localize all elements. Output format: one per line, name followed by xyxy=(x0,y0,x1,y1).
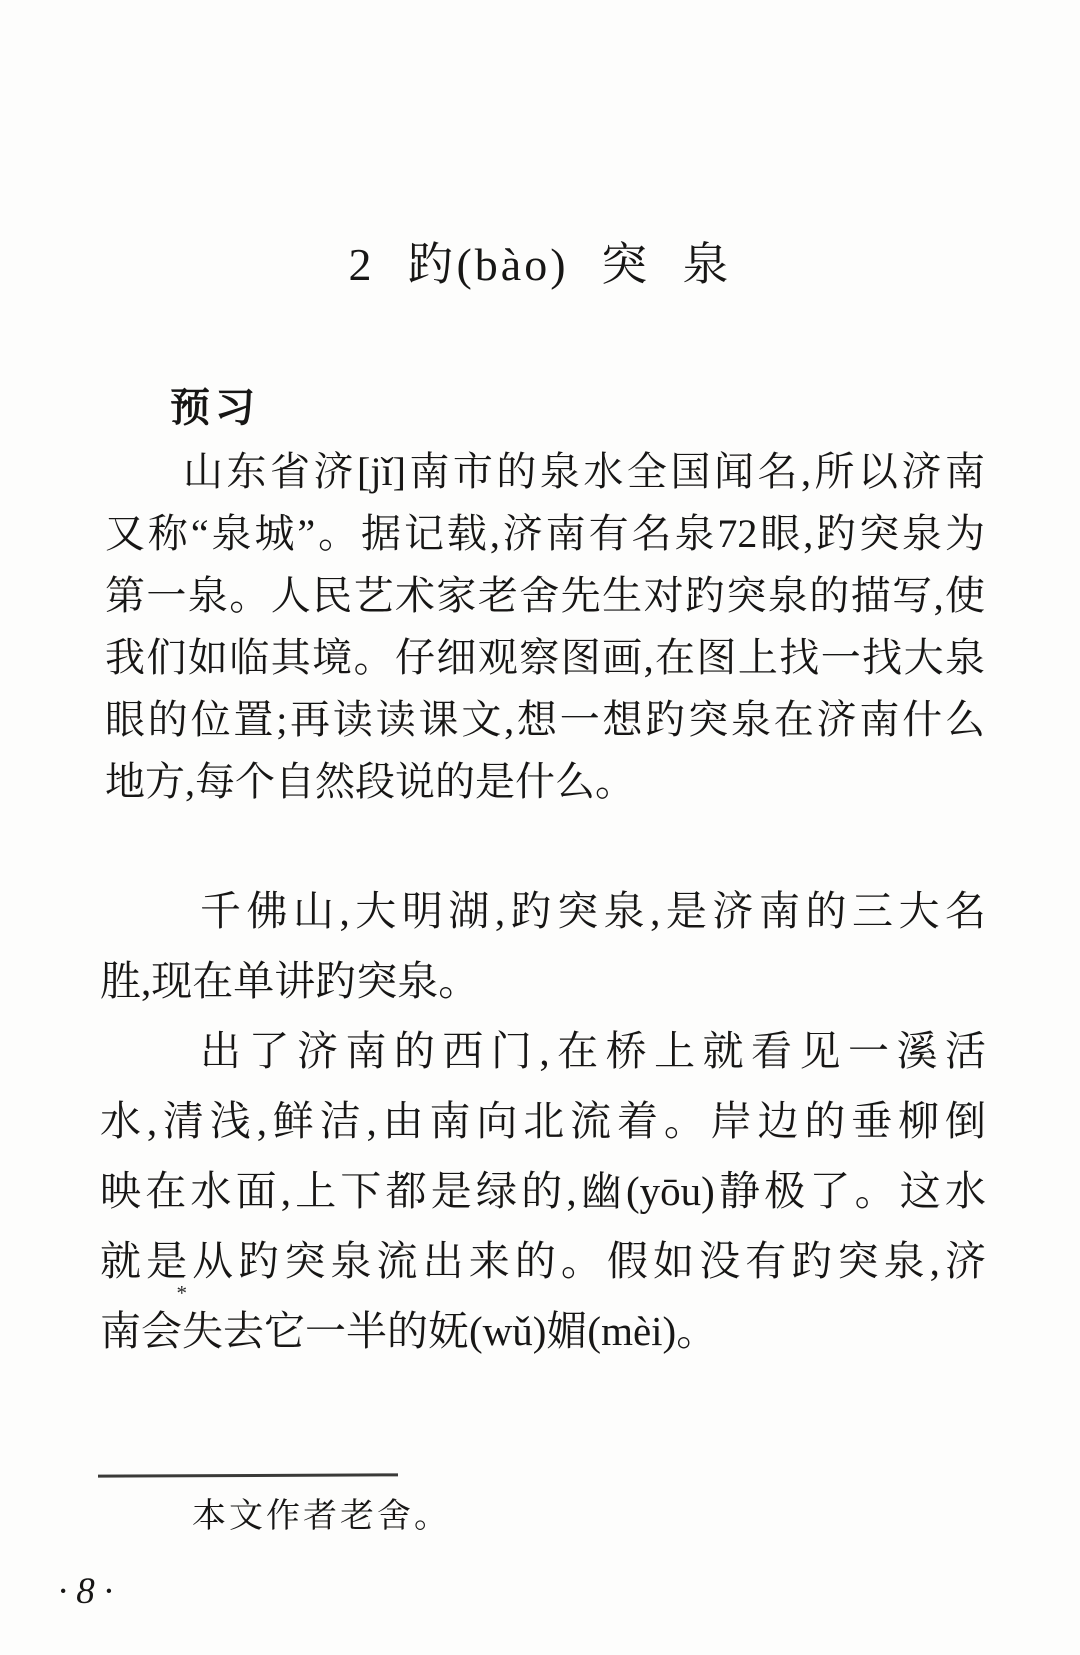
preview-line: 山东省济[jǐ]南市的泉水全国闻名,所以济南 xyxy=(105,441,985,503)
footnote-text: 本文作者老舍。 xyxy=(192,1494,451,1540)
lesson-title: 2趵(bào) 突 泉 xyxy=(0,236,1080,294)
footnote-rule xyxy=(98,1473,398,1477)
body-line: 就是从趵突泉流出来的。假如没有趵突泉,济 xyxy=(100,1226,986,1296)
body-line-text: 失去它一半的妩(wǔ)媚(mèi)。 xyxy=(182,1308,717,1354)
body-line: 出了济南的西门,在桥上就看见一溪活 xyxy=(100,1016,986,1086)
preview-heading: 预习 xyxy=(170,376,260,433)
lesson-body: 千佛山,大明湖,趵突泉,是济南的三大名 胜,现在单讲趵突泉。 出了济南的西门,在… xyxy=(100,876,986,1366)
body-line: 南会*失去它一半的妩(wǔ)媚(mèi)。 xyxy=(100,1296,986,1366)
body-line: 千佛山,大明湖,趵突泉,是济南的三大名 xyxy=(100,876,986,946)
body-line: 胜,现在单讲趵突泉。 xyxy=(100,946,986,1016)
page-number: ·8· xyxy=(58,1570,122,1613)
preview-section: 山东省济[jǐ]南市的泉水全国闻名,所以济南 又称“泉城”。据记载,济南有名泉7… xyxy=(105,441,985,813)
preview-line: 又称“泉城”。据记载,济南有名泉72眼,趵突泉为 xyxy=(105,503,985,565)
footnote-anchor: 南会* xyxy=(100,1296,182,1366)
body-line: 映在水面,上下都是绿的,幽(yōu)静极了。这水 xyxy=(100,1156,986,1226)
preview-line: 眼的位置;再读读课文,想一想趵突泉在济南什么 xyxy=(105,689,985,751)
preview-line: 地方,每个自然段说的是什么。 xyxy=(105,751,985,813)
lesson-number: 2 xyxy=(348,239,371,290)
textbook-page: 2趵(bào) 突 泉 预习 山东省济[jǐ]南市的泉水全国闻名,所以济南 又称… xyxy=(0,0,1080,1655)
footnote-marker: * xyxy=(177,1283,188,1304)
body-line: 水,清浅,鲜洁,由南向北流着。岸边的垂柳倒 xyxy=(100,1086,986,1156)
body-line-text: 南会 xyxy=(100,1308,182,1354)
preview-line: 第一泉。人民艺术家老舍先生对趵突泉的描写,使 xyxy=(105,565,985,627)
lesson-title-text: 趵(bào) 突 泉 xyxy=(407,239,731,290)
preview-line: 我们如临其境。仔细观察图画,在图上找一找大泉 xyxy=(105,627,985,689)
